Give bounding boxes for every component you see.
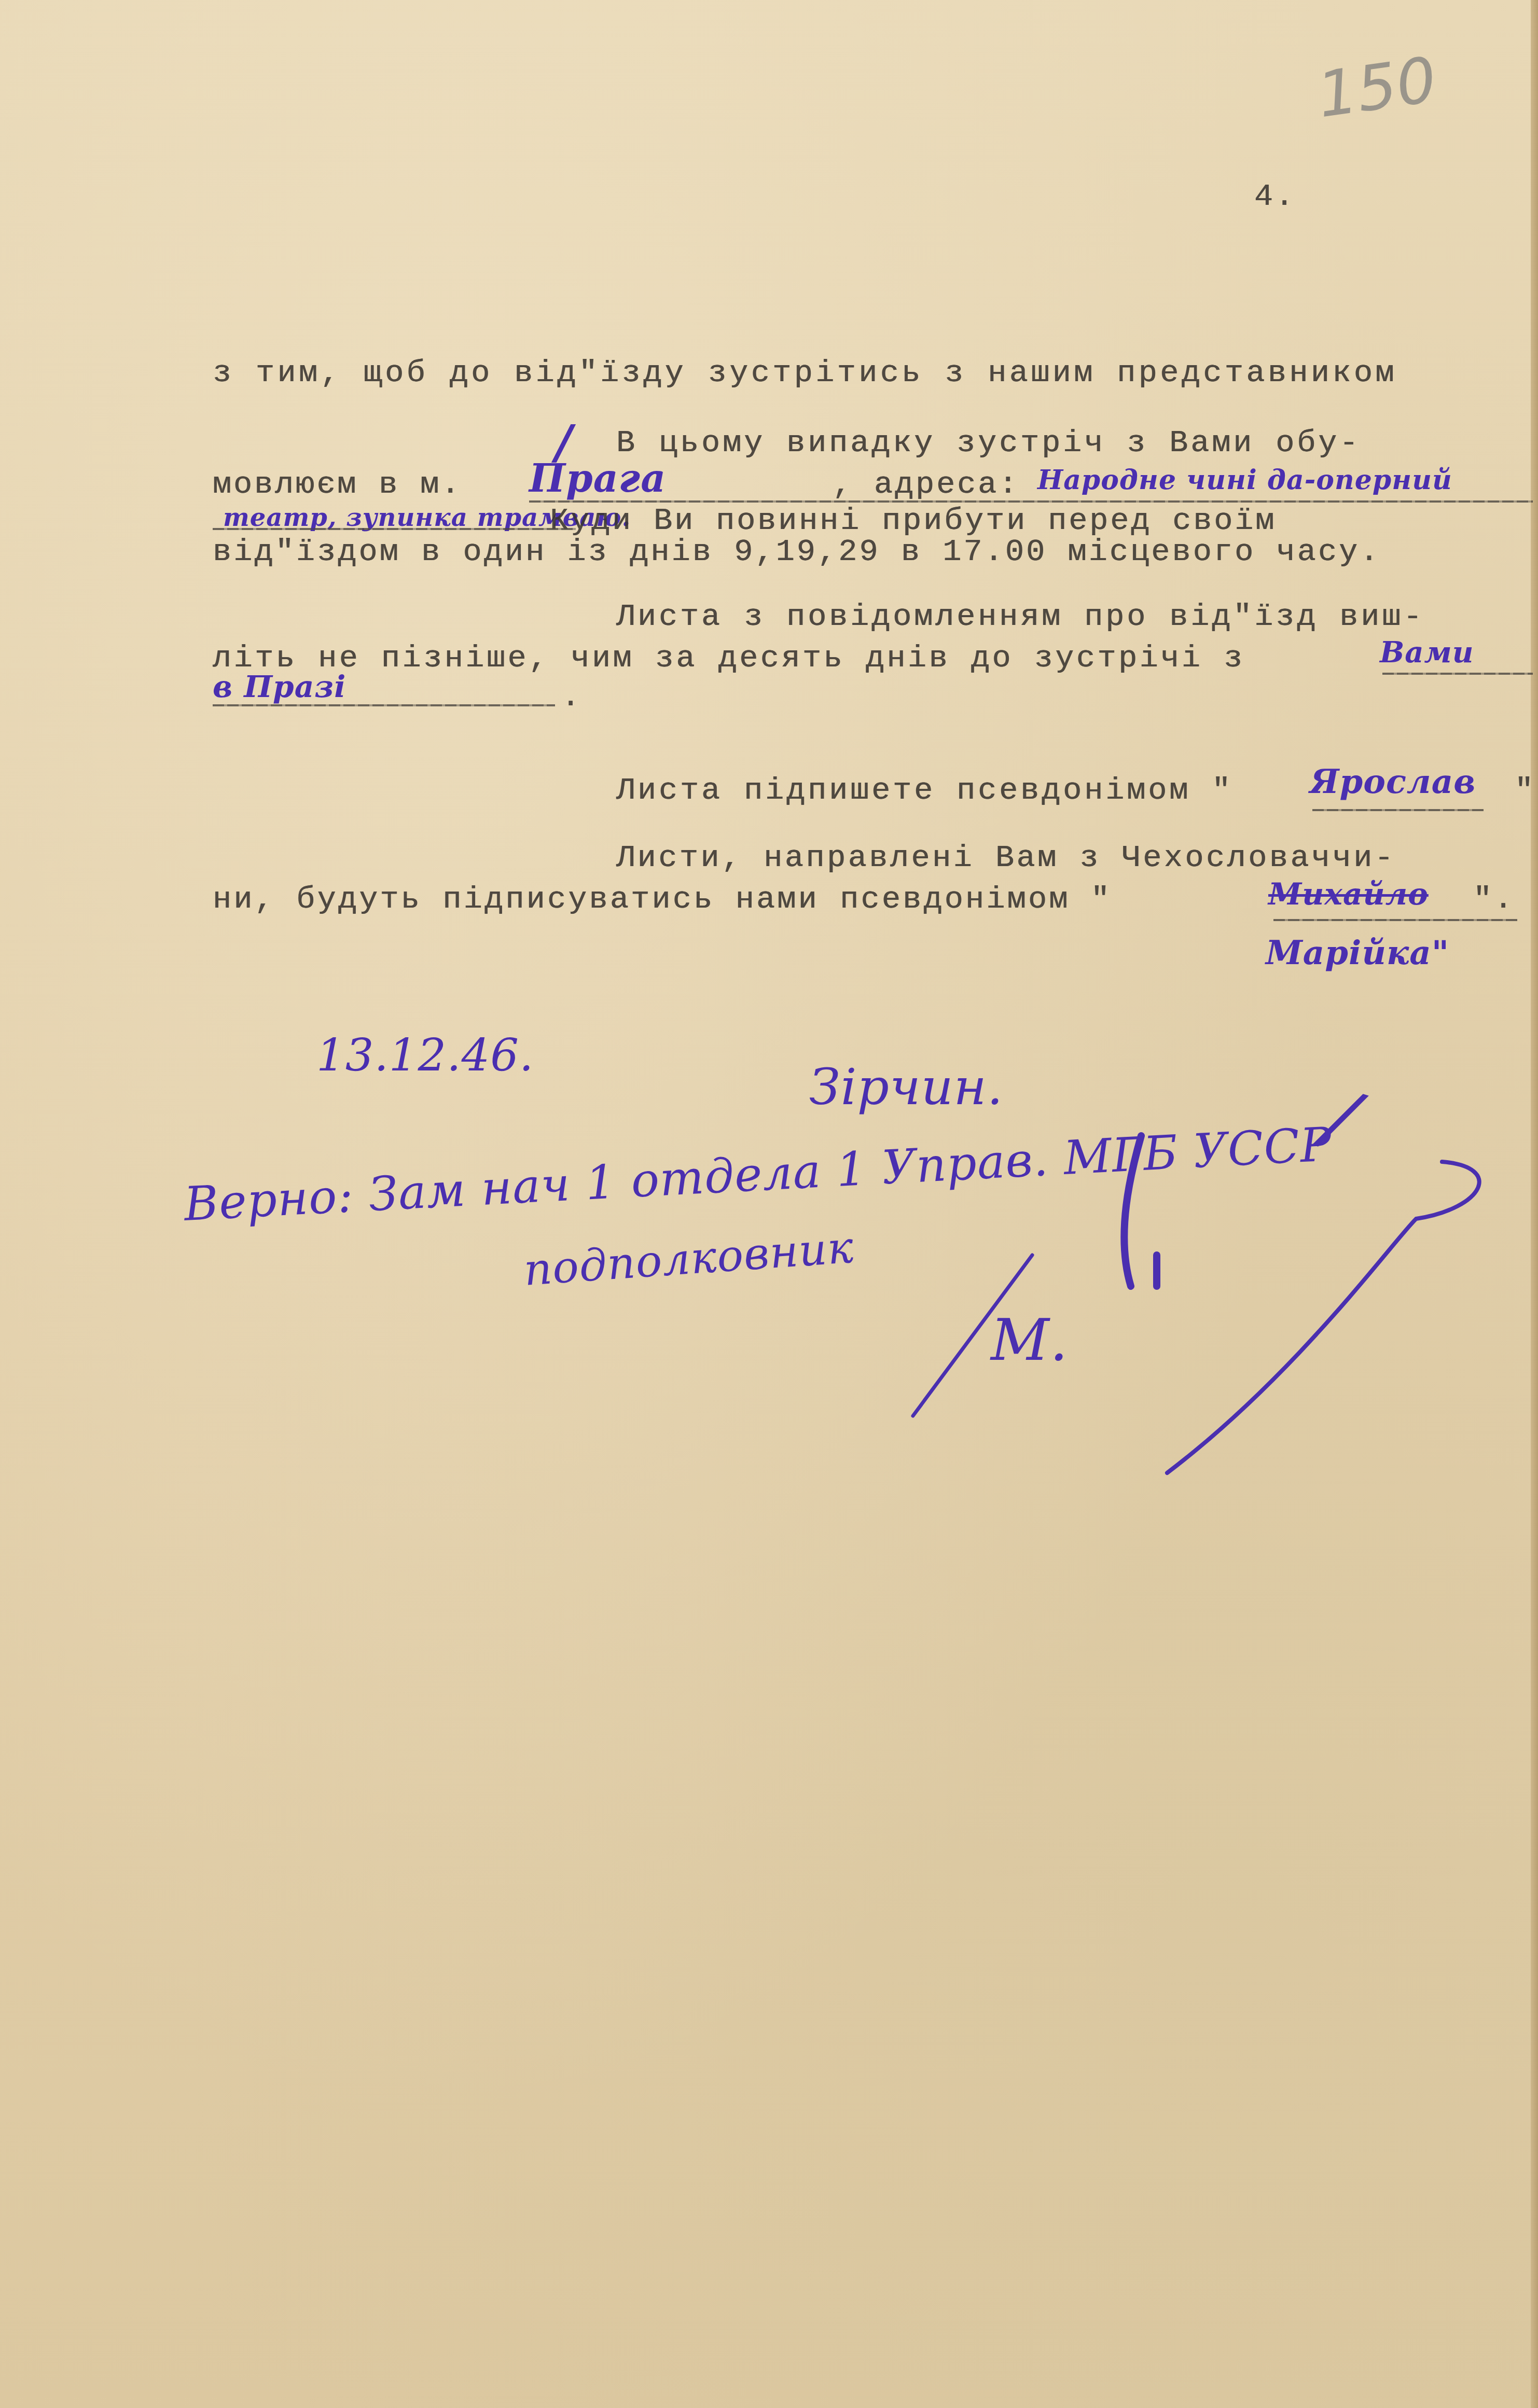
para3-line-1: Листа з повідомленням про від"їзд виш- [616, 602, 1424, 633]
handwritten-praha: в Празі [213, 669, 346, 704]
para4-close-quote: " [1515, 775, 1535, 806]
body-line-1: з тим, щоб до від"їзду зустрітись з наши… [213, 358, 1397, 389]
handwritten-pseudonym-struck: Михайло [1268, 876, 1429, 912]
fill-line-vamy [1382, 673, 1533, 675]
para4-text: Листа підпишете псевдонімом " [616, 775, 1233, 806]
page-edge [1531, 0, 1538, 2408]
fill-line-address-2 [213, 528, 576, 530]
para2-line-2a: мовлюєм в м. [213, 469, 462, 500]
fill-line-pseudonym-2 [1273, 919, 1517, 921]
para2-line-4: від"їздом в один із днів 9,19,29 в 17.00… [213, 537, 1381, 568]
page-number: 4. [1254, 182, 1296, 213]
handwritten-pseudonym-correction: Марійка" [1266, 934, 1449, 972]
fill-line-pseudonym-1 [1312, 809, 1484, 811]
handwritten-city: Прага [529, 456, 666, 501]
para3-end: . [561, 682, 582, 713]
para2-line-3: Куди Ви повинні прибути перед своїм [550, 506, 1276, 537]
fill-line-praha [213, 704, 555, 706]
agent-signature: Зірчин. [809, 1058, 1003, 1116]
para5-close-quote: ". [1473, 884, 1515, 915]
para2-line-2b: , адреса: [833, 469, 1019, 500]
para5-line-1: Листи, направлені Вам з Чехословаччи- [616, 843, 1395, 874]
para3-line-2: літь не пізніше, чим за десять днів до з… [213, 643, 1245, 674]
handwritten-vamy: Вами [1380, 635, 1474, 670]
para5-line-2: ни, будуть підписуватись нами псевдонімо… [213, 884, 1112, 915]
para2-line-1: В цьому випадку зустріч з Вами обу- [616, 428, 1361, 459]
approval-initial: М. [991, 1307, 1069, 1373]
handwritten-pseudonym-1: Ярослав [1310, 762, 1476, 801]
handwritten-date: 13.12.46. [316, 1029, 534, 1081]
fill-line-address [529, 500, 1533, 503]
handwritten-address-1: Народне чині да-оперний [1037, 464, 1452, 496]
